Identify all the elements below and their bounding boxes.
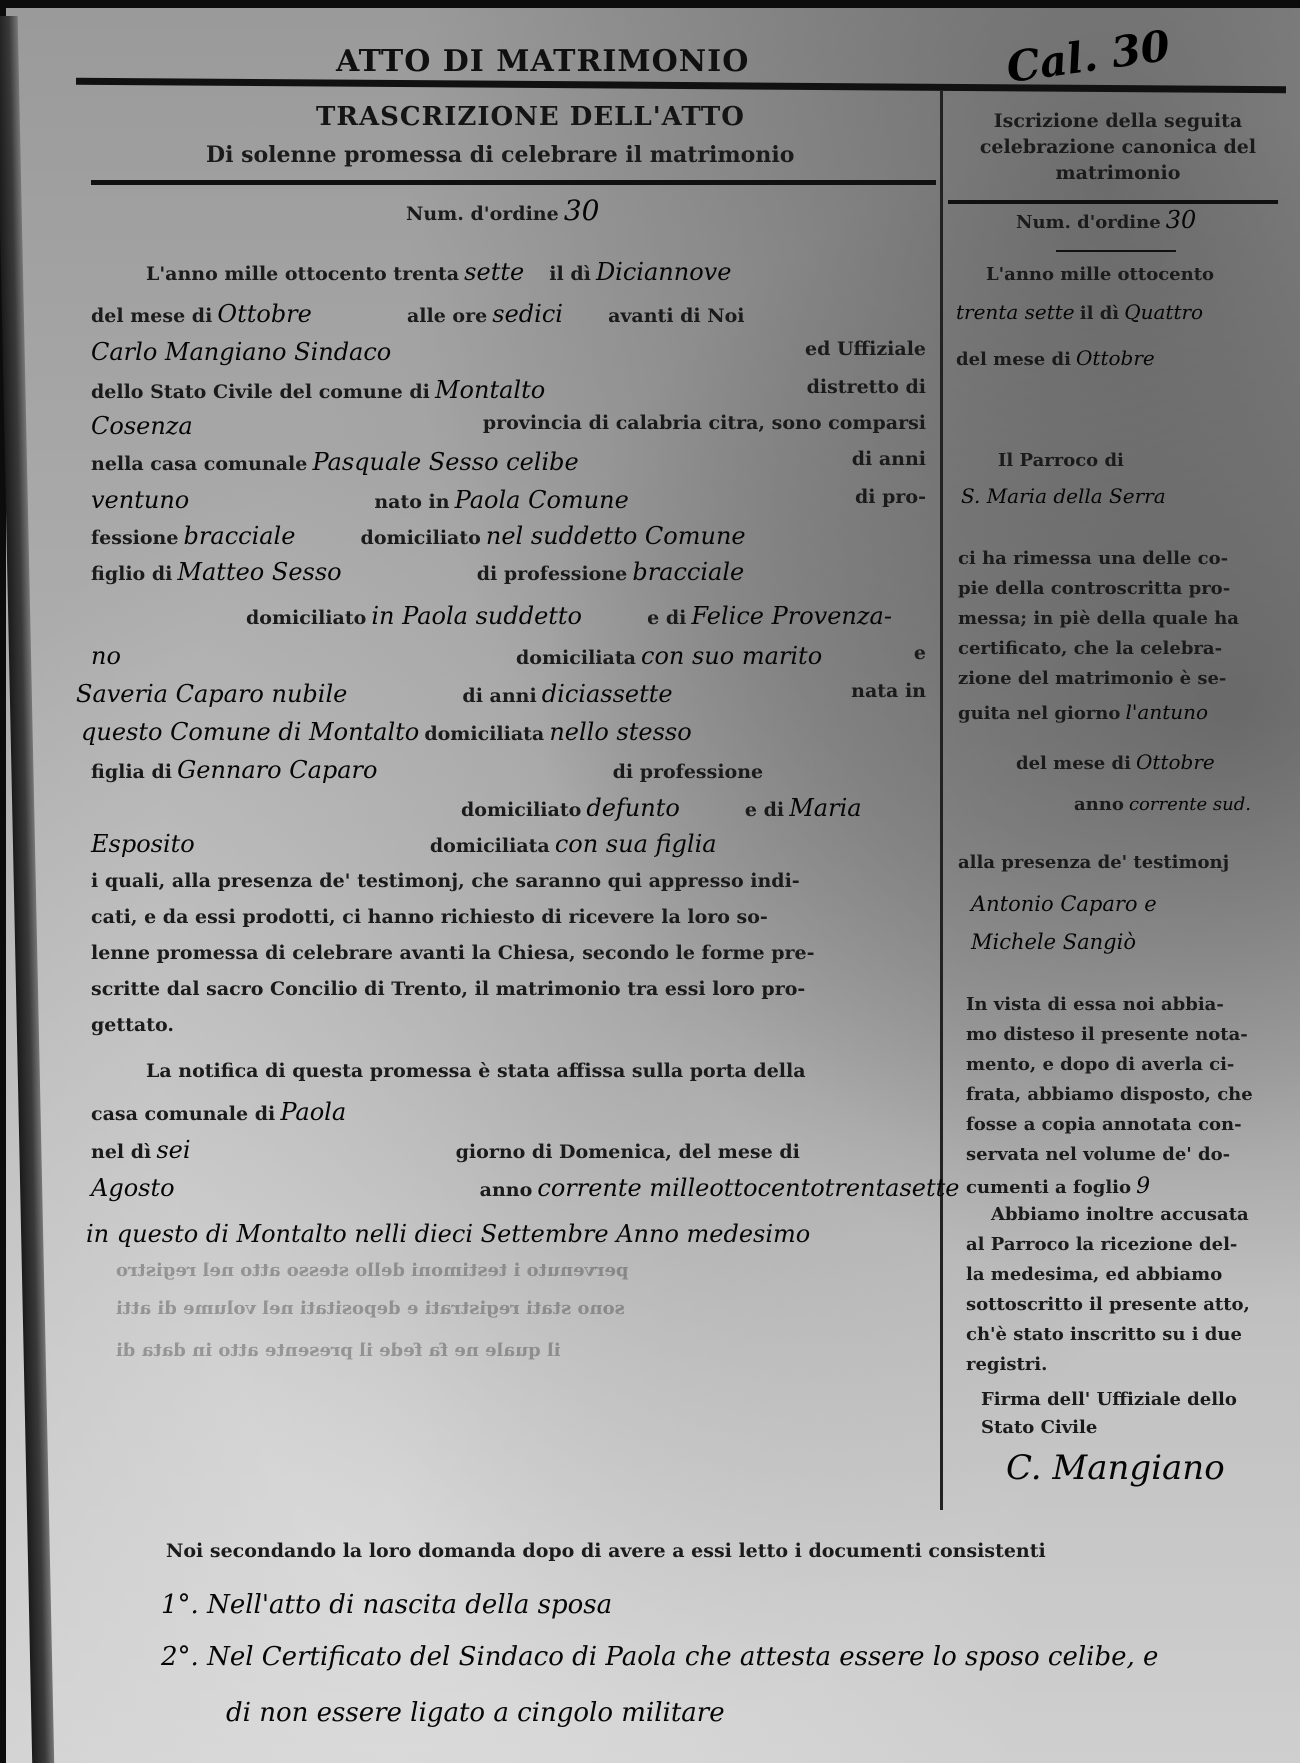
header-rule	[76, 78, 1286, 93]
right-year-line: L'anno mille ottocento	[986, 264, 1214, 285]
notification-line-4: Agosto anno corrente milleottocentotrent…	[91, 1174, 959, 1202]
right-paragraph3-line-5: ch'è stato inscritto su i due	[966, 1324, 1242, 1345]
right-celebration-year: anno corrente sud.	[1074, 794, 1251, 815]
promise-paragraph-line-2: cati, e da essi prodotti, ci hanno richi…	[91, 906, 768, 928]
right-paragraph3-line-4: sottoscritto il presente atto,	[966, 1294, 1250, 1315]
right-parroco-parish: S. Maria della Serra	[961, 484, 1166, 508]
right-witnesses-label: alla presenza de' testimonj	[958, 852, 1229, 873]
document-title: ATTO DI MATRIMONIO	[336, 44, 749, 79]
line-year: L'anno mille ottocento trenta sette il d…	[146, 258, 731, 286]
officer-signature: C. Mangiano	[1006, 1448, 1225, 1488]
footer-document-1: 1°. Nell'atto di nascita della sposa	[161, 1590, 612, 1620]
left-subheading-rule	[91, 180, 936, 185]
right-paragraph-line-6: guita nel giorno l'antuno	[958, 700, 1208, 724]
right-order-rule	[1056, 250, 1176, 252]
footer-statement: Noi secondando la loro domanda dopo di a…	[166, 1540, 1046, 1562]
right-paragraph2-line-3: mento, e dopo di averla ci-	[966, 1054, 1234, 1075]
signature-label: Firma dell' Uffiziale dello Stato Civile	[981, 1386, 1271, 1442]
line-groom-profession: fessione bracciale domiciliato nel sudde…	[91, 522, 746, 550]
promise-paragraph-line-1: i quali, alla presenza de' testimonj, ch…	[91, 870, 800, 892]
right-paragraph-line-3: messa; in piè della quale ha	[958, 608, 1239, 629]
right-parroco-line: Il Parroco di	[998, 450, 1124, 471]
line-officer: Carlo Mangiano Sindaco ed Uffiziale	[91, 338, 931, 366]
right-paragraph-line-5: zione del matrimonio è se-	[958, 668, 1226, 689]
footer-document-2: 2°. Nel Certificato del Sindaco di Paola…	[161, 1642, 1158, 1672]
document-page: ATTO DI MATRIMONIO Cal. 30 TRASCRIZIONE …	[6, 8, 1300, 1763]
line-bride-father-domicile: domiciliato defunto e di Maria	[461, 794, 862, 822]
right-day-line: trenta sette il dì Quattro	[956, 300, 1203, 324]
right-paragraph2-line-6: servata nel volume de' do-	[966, 1144, 1230, 1165]
right-paragraph2-line-2: mo disteso il presente nota-	[966, 1024, 1248, 1045]
right-celebration-month: del mese di Ottobre	[1016, 750, 1215, 774]
line-groom-domicile: domiciliato in Paola suddetto e di Felic…	[246, 602, 892, 630]
line-bride-birthplace: questo Comune di Montalto domiciliata ne…	[81, 718, 692, 746]
left-heading: TRASCRIZIONE DELL'ATTO	[316, 102, 745, 132]
right-paragraph2-line-4: frata, abbiamo disposto, che	[966, 1084, 1253, 1105]
right-paragraph3-line-2: al Parroco la ricezione del-	[966, 1234, 1237, 1255]
line-bride: Saveria Caparo nubile di anni diciassett…	[76, 680, 931, 708]
notification-line-3: nel dì sei giorno di Domenica, del mese …	[91, 1136, 800, 1164]
promise-paragraph-line-5: gettato.	[91, 1014, 174, 1036]
line-groom-age: ventuno nato in Paola Comune di pro-	[91, 486, 931, 514]
right-month-line: del mese di Ottobre	[956, 346, 1155, 370]
right-order-number: Num. d'ordine 30	[1016, 206, 1196, 234]
line-comune: dello Stato Civile del comune di Montalt…	[91, 376, 931, 404]
notification-line-2: casa comunale di Paola	[91, 1098, 346, 1126]
line-month: del mese di Ottobre alle ore sedici avan…	[91, 300, 745, 328]
bleedthrough-text-2: sono stati registrati e depositati nel v…	[116, 1298, 625, 1319]
bleedthrough-text-1: pervenuto i testimoni dello stesso atto …	[116, 1260, 629, 1281]
page-binding-edge	[0, 16, 54, 1763]
left-order-number: Num. d'ordine 30	[406, 194, 599, 227]
notification-line-1: La notifica di questa promessa è stata a…	[146, 1060, 806, 1082]
line-bride-mother: Esposito domiciliata con sua figlia	[91, 830, 717, 858]
right-paragraph-line-4: certificato, che la celebra-	[958, 638, 1222, 659]
left-subheading: Di solenne promessa di celebrare il matr…	[206, 142, 794, 168]
right-paragraph3-line-1: Abbiamo inoltre accusata	[991, 1204, 1249, 1225]
corner-mark: Cal. 30	[1003, 21, 1173, 92]
right-heading-rule	[948, 200, 1278, 204]
promise-paragraph-line-3: lenne promessa di celebrare avanti la Ch…	[91, 942, 815, 964]
right-paragraph3-line-6: registri.	[966, 1354, 1047, 1375]
witness-2: Michele Sangiò	[971, 930, 1136, 954]
line-bride-father: figlia di Gennaro Caparo di professione	[91, 756, 763, 784]
footer-document-3: di non essere ligato a cingolo militare	[226, 1698, 725, 1728]
witness-1: Antonio Caparo e	[971, 892, 1157, 916]
right-paragraph-line-1: ci ha rimessa una delle co-	[958, 548, 1228, 569]
right-paragraph2-line-1: In vista di essa noi abbia-	[966, 994, 1224, 1015]
right-paragraph3-line-3: la medesima, ed abbiamo	[966, 1264, 1222, 1285]
line-provincia: Cosenza provincia di calabria citra, son…	[91, 412, 931, 440]
promise-paragraph-line-4: scritte dal sacro Concilio di Trento, il…	[91, 978, 805, 1000]
line-groom-father: figlio di Matteo Sesso di professione br…	[91, 558, 744, 586]
right-paragraph-line-2: pie della controscritta pro-	[958, 578, 1230, 599]
right-paragraph2-line-5: fosse a copia annotata con-	[966, 1114, 1242, 1135]
line-groom-mother: no domiciliata con suo marito e	[91, 642, 931, 670]
line-groom: nella casa comunale Pasquale Sesso celib…	[91, 448, 931, 476]
notification-line-5: in questo di Montalto nelli dieci Settem…	[86, 1220, 810, 1248]
column-divider	[940, 90, 943, 1510]
right-paragraph2-line-7: cumenti a foglio 9	[966, 1174, 1150, 1199]
right-heading: Iscrizione della seguita celebrazione ca…	[958, 108, 1278, 186]
bleedthrough-text-3: il quale ne fa fede il presente atto in …	[116, 1340, 561, 1361]
